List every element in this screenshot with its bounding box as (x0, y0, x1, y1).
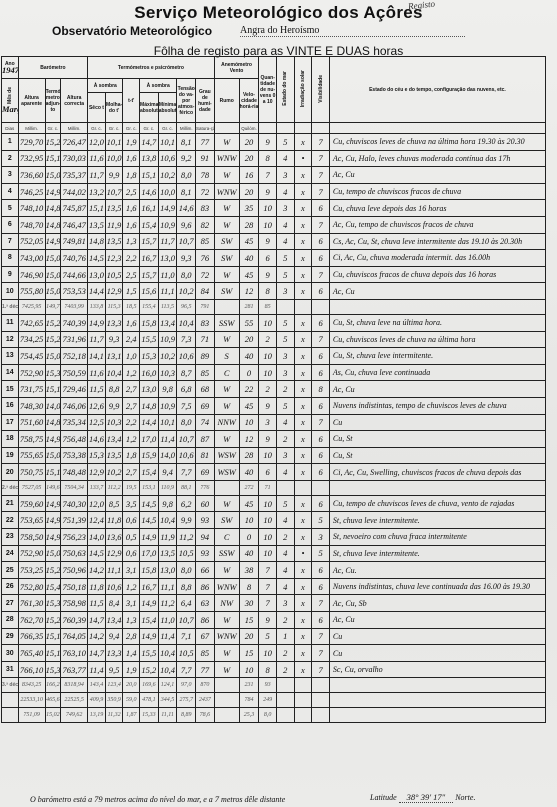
diff-cell: 1,6 (123, 314, 140, 331)
seco-cell: 11,7 (88, 167, 106, 184)
irr-cell: x (294, 348, 312, 365)
day-cell: 7 (2, 233, 19, 250)
table-row: 1729,7015,2726,4712,010,11,914,710,18,17… (2, 134, 546, 151)
alt-cor-cell: 740,76 (61, 250, 88, 267)
vel-cell: 22 (239, 381, 259, 398)
sky-weather-cell: Ac, Cu, Halo, leves chuvas moderada cont… (329, 150, 545, 167)
diff-cell: 1,2 (123, 364, 140, 381)
nuv-cell: 7 (259, 595, 277, 612)
decade-sum-cell (276, 693, 294, 708)
decade-sum-cell: 465,6 (45, 693, 61, 708)
vel-cell: 45 (239, 495, 259, 512)
alt-ap-cell: 759,60 (18, 495, 45, 512)
sky-weather-cell: Cu (329, 645, 545, 662)
alt-ap-cell: 746,90 (18, 266, 45, 283)
min-cell: 10,4 (158, 645, 177, 662)
max-cell: 16,1 (140, 200, 159, 217)
altura-aparente-header: Altura aparente (18, 79, 45, 123)
tensao-cell: 7,5 (177, 397, 196, 414)
term-cell: 15,1 (45, 381, 61, 398)
tensao-cell: 8,7 (177, 364, 196, 381)
day-cell: 3 (2, 167, 19, 184)
irr-cell: • (294, 545, 312, 562)
rumo-cell: W (214, 645, 239, 662)
min-cell: 11,1 (158, 283, 177, 300)
termometros-header: Termómetros e psicrómetro (88, 57, 215, 79)
diff-cell: 3,1 (123, 562, 140, 579)
alt-cor-cell: 740,30 (61, 495, 88, 512)
irr-cell: x (294, 266, 312, 283)
unit-cell: Satura-ção=100 (196, 123, 215, 134)
mar-cell: 5 (276, 266, 294, 283)
term-cell: 15,0 (45, 283, 61, 300)
nuv-cell: 9 (259, 431, 277, 448)
seco-cell: 14,7 (88, 612, 106, 629)
unit-cell: Millim. (61, 123, 88, 134)
rumo-cell: WNW (214, 628, 239, 645)
decade-sum-cell: 133,7 (88, 480, 106, 495)
term-cell: 14,9 (45, 431, 61, 448)
diff-cell: 2,7 (123, 464, 140, 481)
decade-sum-cell: 7425,95 (18, 299, 45, 314)
vis-cell: 6 (312, 233, 330, 250)
day-cell: 9 (2, 266, 19, 283)
seco-cell: 14,9 (88, 314, 106, 331)
vel-cell: 20 (239, 628, 259, 645)
unit-cell (214, 123, 239, 134)
seco-cell: 11,7 (88, 331, 106, 348)
register-page: Serviço Meteorológico dos Açôres Registo… (0, 0, 557, 807)
irr-cell: x (294, 183, 312, 200)
nuv-cell: 8 (259, 661, 277, 678)
table-row: 12734,2515,2731,9611,79,32,415,510,97,37… (2, 331, 546, 348)
mar-cell: 4 (276, 464, 294, 481)
min-cell: 10,2 (158, 167, 177, 184)
sky-weather-cell: Cu (329, 628, 545, 645)
unit-cell (259, 123, 277, 134)
alt-cor-cell: 750,18 (61, 578, 88, 595)
min-cell: 13,0 (158, 250, 177, 267)
tensao-cell: 10,5 (177, 545, 196, 562)
max-cell: 15,4 (140, 464, 159, 481)
molh-cell: 12,9 (105, 545, 123, 562)
year-header: Ano1947 (2, 57, 19, 79)
mar-cell: 3 (276, 447, 294, 464)
tensao-cell: 7,7 (177, 661, 196, 678)
table-row: 2732,9515,1730,0311,610,01,613,810,69,29… (2, 150, 546, 167)
alt-cor-cell: 729,46 (61, 381, 88, 398)
term-cell: 15,2 (45, 612, 61, 629)
mar-cell: 2 (276, 529, 294, 546)
alt-ap-cell: 753,25 (18, 562, 45, 579)
vel-cell: 0 (239, 529, 259, 546)
mar-cell: 5 (276, 314, 294, 331)
unit-cell (276, 123, 294, 134)
rumo-cell: W (214, 562, 239, 579)
decade-sum-cell: 749,62 (61, 708, 88, 723)
molh-cell: 13,5 (105, 447, 123, 464)
decade-sum-cell: 155,4 (140, 299, 159, 314)
seco-cell: 12,5 (88, 414, 106, 431)
vis-cell: 7 (312, 331, 330, 348)
tensao-cell: 10,4 (177, 314, 196, 331)
alt-ap-cell: 752,05 (18, 233, 45, 250)
latitude-note: Latitude 38° 39' 17" Norte. (370, 792, 475, 802)
table-row: 15731,7515,1729,4611,58,82,713,09,86,868… (2, 381, 546, 398)
hum-cell: 71 (196, 331, 215, 348)
table-row: 19755,6515,0753,3815,313,51,815,914,010,… (2, 447, 546, 464)
rumo-cell: WSW (214, 447, 239, 464)
alt-ap-cell: 729,70 (18, 134, 45, 151)
day-cell: 28 (2, 612, 19, 629)
min-cell: 13,5 (158, 545, 177, 562)
alt-ap-cell: 736,60 (18, 167, 45, 184)
vel-cell: 16 (239, 167, 259, 184)
decade-sum-cell: 96,5 (177, 299, 196, 314)
vis-cell: 6 (312, 283, 330, 300)
seco-cell: 15,3 (88, 447, 106, 464)
min-cell: 10,4 (158, 512, 177, 529)
molh-cell: 8,4 (105, 595, 123, 612)
decade-sum-cell: 478,1 (140, 693, 159, 708)
decade-sum-cell (294, 678, 312, 693)
barometer-note: O barómetro está a 79 metros acima do ní… (30, 794, 285, 804)
min-cell: 10,0 (158, 183, 177, 200)
term-cell: 14,8 (45, 200, 61, 217)
mar-cell: 5 (276, 495, 294, 512)
hum-cell: 77 (196, 134, 215, 151)
termometro-adjunto-header: Termó-metro adjun-to (45, 79, 61, 123)
max-cell: 14,9 (140, 628, 159, 645)
empty-cell (329, 693, 545, 708)
day-cell: 27 (2, 595, 19, 612)
table-row: 3736,6015,0735,3711,79,91,815,110,28,078… (2, 167, 546, 184)
rumo-cell: NW (214, 595, 239, 612)
t-diff-header: t-t' (123, 79, 140, 123)
table-row: 5748,1014,8745,8715,113,51,616,114,914,6… (2, 200, 546, 217)
table-row: 14752,9015,3750,5911,610,41,216,010,38,7… (2, 364, 546, 381)
decade-summary-row: 1.ª década7425,95149,77403,99133,8115,31… (2, 299, 546, 314)
tensao-cell: 7,3 (177, 331, 196, 348)
rumo-cell: W (214, 661, 239, 678)
min-cell: 11,4 (158, 431, 177, 448)
vis-cell: 6 (312, 348, 330, 365)
term-cell: 15,3 (45, 364, 61, 381)
molh-cell: 9,3 (105, 331, 123, 348)
hum-cell: 74 (196, 414, 215, 431)
anemometro-header: AnemómetroVento (214, 57, 259, 79)
irr-cell: x (294, 447, 312, 464)
vel-cell: 20 (239, 134, 259, 151)
diff-cell: 1,3 (123, 612, 140, 629)
day-cell: 31 (2, 661, 19, 678)
nuv-cell: 10 (259, 364, 277, 381)
a-sombra-header-1: À sombra (88, 79, 123, 93)
seco-cell: 11,6 (88, 364, 106, 381)
vis-cell: 6 (312, 612, 330, 629)
mar-cell: 1 (276, 628, 294, 645)
alt-cor-cell: 745,87 (61, 200, 88, 217)
alt-ap-cell: 748,70 (18, 216, 45, 233)
min-cell: 10,2 (158, 348, 177, 365)
vis-cell: 6 (312, 250, 330, 267)
term-cell: 15,0 (45, 250, 61, 267)
alt-ap-cell: 766,10 (18, 661, 45, 678)
decade-sum-cell: 22525,5 (61, 693, 88, 708)
max-cell: 14,4 (140, 414, 159, 431)
sky-weather-cell: Ac, Cu, tempo de chuviscos fracos de chu… (329, 216, 545, 233)
max-cell: 14,9 (140, 595, 159, 612)
mar-cell: 2 (276, 661, 294, 678)
diff-cell: 0,6 (123, 512, 140, 529)
diff-cell: 1,3 (123, 233, 140, 250)
rumo-cell: W (214, 266, 239, 283)
vis-cell: 5 (312, 512, 330, 529)
empty-cell (329, 708, 545, 723)
day-cell: 26 (2, 578, 19, 595)
alt-cor-cell: 730,03 (61, 150, 88, 167)
tensao-cell: 8,0 (177, 562, 196, 579)
vis-cell: 5 (312, 545, 330, 562)
irr-cell: x (294, 364, 312, 381)
alt-cor-cell: 764,05 (61, 628, 88, 645)
seco-cell: 11,4 (88, 661, 106, 678)
molh-cell: 9,9 (105, 167, 123, 184)
decade-sum-cell: 7403,99 (61, 299, 88, 314)
seco-cell: 14,6 (88, 431, 106, 448)
tensao-cell: 9,6 (177, 216, 196, 233)
rumo-cell: C (214, 529, 239, 546)
decade-sum-cell (276, 678, 294, 693)
hum-cell: 85 (196, 233, 215, 250)
service-title: Serviço Meteorológico dos Açôres (0, 3, 557, 23)
sky-weather-cell: Cu, chuva leve depois das 16 horas (329, 200, 545, 217)
vel-cell: 40 (239, 464, 259, 481)
vis-cell: 6 (312, 200, 330, 217)
alt-ap-cell: 752,90 (18, 545, 45, 562)
decade-summary-row: 751,0915,02749,6213,1911,321,8715,3311,1… (2, 708, 546, 723)
irr-cell: x (294, 250, 312, 267)
term-cell: 15,0 (45, 447, 61, 464)
alt-cor-cell: 735,37 (61, 167, 88, 184)
day-cell: 14 (2, 364, 19, 381)
rumo-cell: WNW (214, 183, 239, 200)
max-cell: 15,5 (140, 645, 159, 662)
min-cell: 11,4 (158, 628, 177, 645)
tensao-cell: 6,8 (177, 381, 196, 398)
min-cell: 11,0 (158, 612, 177, 629)
mar-cell: 5 (276, 250, 294, 267)
decade-sum-cell: 281 (239, 299, 259, 314)
seco-cell: 14,4 (88, 283, 106, 300)
min-cell: 10,3 (158, 364, 177, 381)
hum-cell: 86 (196, 612, 215, 629)
decade-sum-cell: 115,3 (105, 299, 123, 314)
rumo-cell: SW (214, 233, 239, 250)
vel-cell: 28 (239, 216, 259, 233)
sky-weather-cell: St, chuva leve intermitente. (329, 512, 545, 529)
vis-cell: 7 (312, 134, 330, 151)
sky-weather-cell: Ci, Ac, Cu, chuva moderada intermit. das… (329, 250, 545, 267)
day-cell: 13 (2, 348, 19, 365)
diff-cell: 1,6 (123, 150, 140, 167)
day-cell: 25 (2, 562, 19, 579)
mar-cell: 4 (276, 414, 294, 431)
vel-cell: 45 (239, 397, 259, 414)
molh-cell: 9,4 (105, 628, 123, 645)
decade-sum-cell (214, 708, 239, 723)
vel-cell: 55 (239, 314, 259, 331)
day-cell: 4 (2, 183, 19, 200)
tensao-cell: 6,4 (177, 595, 196, 612)
tensao-cell: 9,2 (177, 150, 196, 167)
unit-cell (329, 123, 545, 134)
monthly-totals: 22533,10465,622525,5409,9350,959,0478,13… (2, 693, 546, 723)
table-row: 13754,4515,0752,1814,113,11,015,310,210,… (2, 348, 546, 365)
max-cell: 17,0 (140, 431, 159, 448)
decade-sum-cell: 344,5 (158, 693, 177, 708)
decade-sum-cell (214, 678, 239, 693)
table-row: 25753,2515,2750,9614,211,13,115,813,08,0… (2, 562, 546, 579)
molh-cell: 13,5 (105, 233, 123, 250)
nuv-cell: 9 (259, 233, 277, 250)
decade-label (2, 693, 19, 708)
vis-cell: 6 (312, 578, 330, 595)
sky-weather-cell: St, chuva leve intermitente. (329, 545, 545, 562)
nuv-cell: 3 (259, 414, 277, 431)
vel-cell: 40 (239, 545, 259, 562)
mar-cell: 4 (276, 183, 294, 200)
table-row: 26752,8015,4750,1811,810,61,216,711,18,8… (2, 578, 546, 595)
max-cell: 14,8 (140, 397, 159, 414)
decade-sum-cell: 7504,34 (61, 480, 88, 495)
irr-cell: x (294, 661, 312, 678)
diff-cell: 1,4 (123, 645, 140, 662)
sky-weather-cell: Cu, St, chuva leve intermitente. (329, 348, 545, 365)
seco-cell: 13,0 (88, 266, 106, 283)
irr-cell: x (294, 578, 312, 595)
min-cell: 14,0 (158, 447, 177, 464)
alt-ap-cell: 752,90 (18, 364, 45, 381)
vis-cell: 8 (312, 381, 330, 398)
hum-cell: 91 (196, 150, 215, 167)
seco-cell: 12,6 (88, 397, 106, 414)
vis-cell: 6 (312, 447, 330, 464)
mar-cell: 4 (276, 578, 294, 595)
empty-cell (329, 678, 545, 693)
tensao-cell: 10,6 (177, 447, 196, 464)
seco-cell: 14,0 (88, 529, 106, 546)
irr-cell: x (294, 464, 312, 481)
empty-cell (329, 299, 545, 314)
min-cell: 10,1 (158, 134, 177, 151)
irr-cell: x (294, 216, 312, 233)
molh-cell: 12,3 (105, 250, 123, 267)
term-cell: 14,9 (45, 495, 61, 512)
max-cell: 15,6 (140, 283, 159, 300)
nuv-cell: 9 (259, 266, 277, 283)
alt-ap-cell: 755,65 (18, 447, 45, 464)
seco-cell: 12,9 (88, 464, 106, 481)
term-cell: 14,9 (45, 183, 61, 200)
hum-cell: 87 (196, 431, 215, 448)
decade-sum-cell (214, 299, 239, 314)
seco-cell: 14,2 (88, 628, 106, 645)
sky-weather-cell: Cu, chuviscos leves de chuva na última h… (329, 134, 545, 151)
diff-cell: 2,8 (123, 628, 140, 645)
vis-cell: 7 (312, 167, 330, 184)
decade-2-rows: 11742,6515,2740,3914,913,31,615,813,410,… (2, 314, 546, 480)
grau-humidade-header: Grau de humi-dade (196, 79, 215, 123)
irr-cell: x (294, 645, 312, 662)
minima-header: Mínima absoluta (158, 93, 177, 123)
decade-sum-cell (312, 693, 330, 708)
molh-cell: 12,9 (105, 283, 123, 300)
table-row: 22753,6514,9751,3912,411,80,614,510,49,9… (2, 512, 546, 529)
molh-cell: 10,6 (105, 578, 123, 595)
decade-sum-cell: 8,89 (177, 708, 196, 723)
vis-cell: 7 (312, 216, 330, 233)
decade-sum-cell: 751,09 (18, 708, 45, 723)
sky-weather-cell: Ac, Cu, Sb (329, 595, 545, 612)
term-cell: 14,9 (45, 512, 61, 529)
nuv-cell: 10 (259, 314, 277, 331)
seco-cell: 11,6 (88, 150, 106, 167)
min-cell: 10,4 (158, 661, 177, 678)
alt-cor-cell: 753,53 (61, 283, 88, 300)
hum-cell: 85 (196, 645, 215, 662)
term-cell: 15,2 (45, 134, 61, 151)
mar-cell: 4 (276, 216, 294, 233)
decade-sum-cell: 231 (239, 678, 259, 693)
sky-weather-cell: Cs, Ac, Cu, St, chuva leve intermitente … (329, 233, 545, 250)
term-cell: 15,0 (45, 348, 61, 365)
term-cell: 15,2 (45, 331, 61, 348)
hum-cell: 83 (196, 314, 215, 331)
day-cell: 16 (2, 397, 19, 414)
term-cell: 15,3 (45, 661, 61, 678)
mar-cell: 3 (276, 200, 294, 217)
decade-sum-cell: 143,4 (88, 678, 106, 693)
decade-sum-cell: 11,11 (158, 708, 177, 723)
day-cell: 30 (2, 645, 19, 662)
alt-cor-cell: 760,39 (61, 612, 88, 629)
decade-label: 2.ª década (2, 480, 19, 495)
altura-correcta-header: Altura correcta (61, 79, 88, 123)
rumo-cell: C (214, 364, 239, 381)
diff-cell: 1,6 (123, 216, 140, 233)
max-cell: 15,4 (140, 216, 159, 233)
decade-sum-cell: 275,7 (177, 693, 196, 708)
rumo-cell: SW (214, 283, 239, 300)
mar-cell: 4 (276, 545, 294, 562)
observatory-label: Observatório Meteorológico (52, 24, 212, 38)
table-row: 9746,9015,0744,6613,010,52,515,711,08,07… (2, 266, 546, 283)
alt-cor-cell: 756,48 (61, 431, 88, 448)
unit-cell: Gr. c. (158, 123, 177, 134)
molh-cell: 11,8 (105, 512, 123, 529)
max-cell: 16,7 (140, 250, 159, 267)
table-row: 11742,6515,2740,3914,913,31,615,813,410,… (2, 314, 546, 331)
diff-cell: 0,6 (123, 545, 140, 562)
term-cell: 15,1 (45, 645, 61, 662)
tensao-cell: 9,3 (177, 250, 196, 267)
table-row: 30765,4015,1763,1014,713,31,415,510,410,… (2, 645, 546, 662)
min-cell: 11,9 (158, 529, 177, 546)
nuv-cell: 8 (259, 283, 277, 300)
tensao-cell: 6,2 (177, 495, 196, 512)
irr-cell: x (294, 283, 312, 300)
